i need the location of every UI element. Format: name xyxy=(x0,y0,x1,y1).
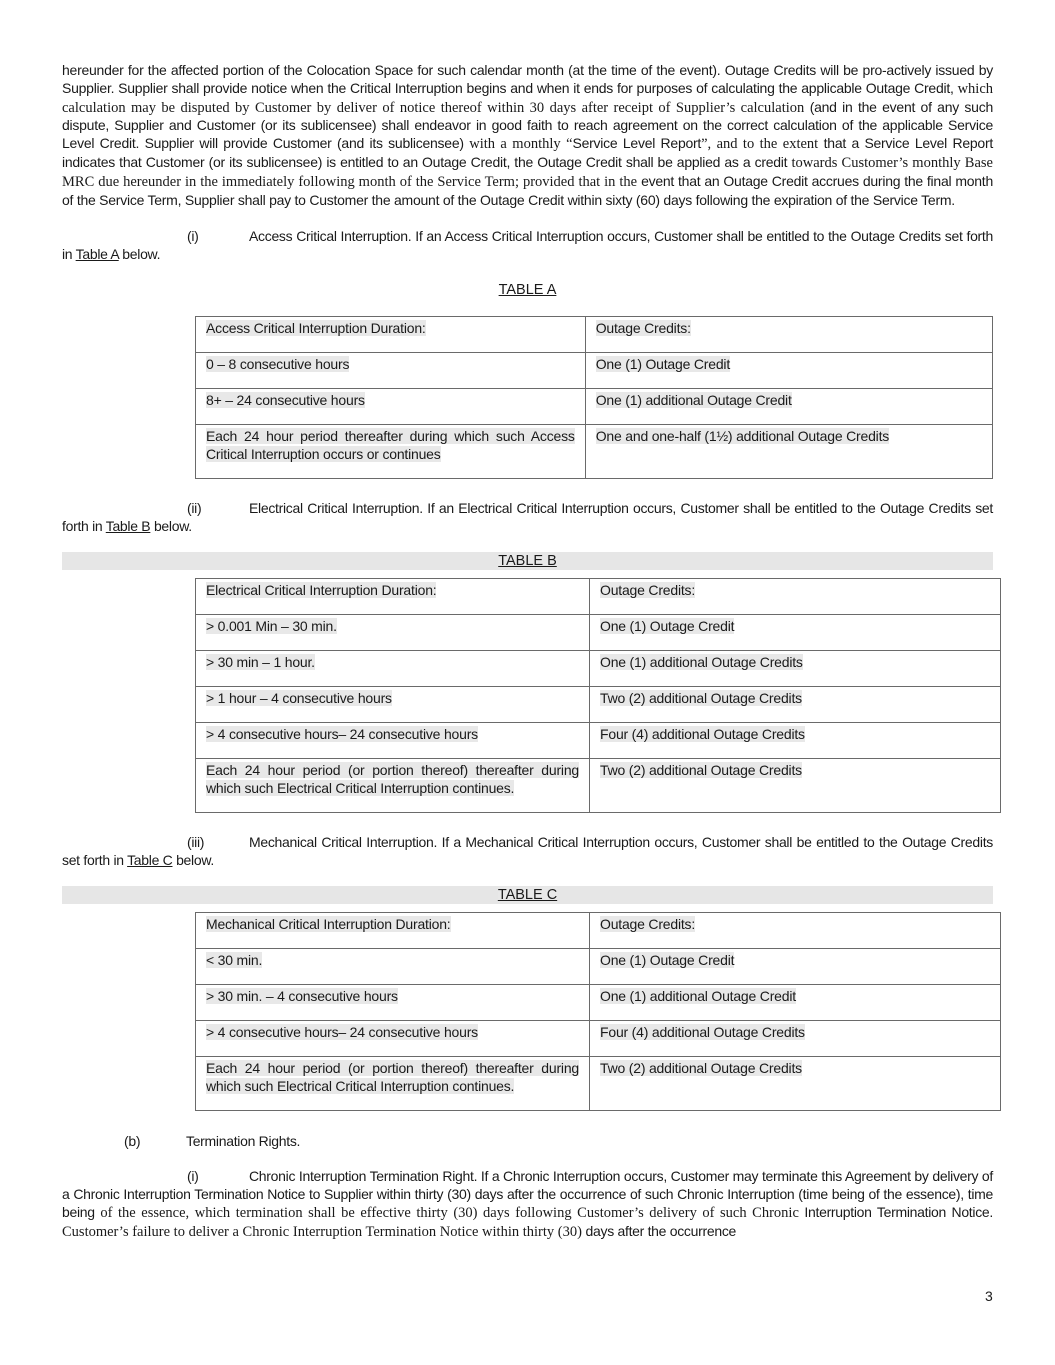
table-row: 8+ – 24 consecutive hours One (1) additi… xyxy=(196,389,993,425)
table-row: > 30 min – 1 hour. One (1) additional Ou… xyxy=(196,651,1001,687)
table-row: Each 24 hour period thereafter during wh… xyxy=(196,425,993,479)
duration-cell: Each 24 hour period (or portion thereof)… xyxy=(196,759,590,813)
chronic-text-2: of the essence, which termination shall … xyxy=(95,1205,799,1221)
section-number: (iii) xyxy=(62,833,249,851)
section-heading: Mechanical Critical Interruption. xyxy=(249,834,437,850)
table-header-cell: Access Critical Interruption Duration: xyxy=(196,317,586,353)
duration-cell: < 30 min. xyxy=(196,949,590,985)
duration-text: Each 24 hour period (or portion thereof)… xyxy=(206,1060,579,1094)
table-title-text: TABLE B xyxy=(498,553,557,569)
duration-cell: 0 – 8 consecutive hours xyxy=(196,353,586,389)
credit-text: One (1) Outage Credit xyxy=(600,952,734,968)
table-header-cell: Outage Credits: xyxy=(590,579,1001,615)
header-credits: Outage Credits: xyxy=(600,916,695,932)
intro-text-1: hereunder for the affected portion of th… xyxy=(62,62,993,96)
section-mechanical-paragraph: (iii)Mechanical Critical Interruption. I… xyxy=(62,833,993,869)
section-electrical-paragraph: (ii)Electrical Critical Interruption. If… xyxy=(62,499,993,535)
credit-cell: One (1) Outage Credit xyxy=(590,615,1001,651)
table-header-row: Access Critical Interruption Duration: O… xyxy=(196,317,993,353)
duration-cell: > 30 min – 1 hour. xyxy=(196,651,590,687)
section-number: (i) xyxy=(62,1167,249,1185)
termination-rights-heading: (b)Termination Rights. xyxy=(62,1132,993,1150)
section-heading: Termination Rights. xyxy=(186,1133,300,1149)
credit-cell: Four (4) additional Outage Credits xyxy=(590,1021,1001,1057)
table-row: Each 24 hour period (or portion thereof)… xyxy=(196,1057,1001,1111)
credit-text: One (1) additional Outage Credit xyxy=(596,392,792,408)
credit-cell: One (1) Outage Credit xyxy=(590,949,1001,985)
duration-cell: 8+ – 24 consecutive hours xyxy=(196,389,586,425)
table-row: > 1 hour – 4 consecutive hours Two (2) a… xyxy=(196,687,1001,723)
credit-cell: One (1) additional Outage Credit xyxy=(590,985,1001,1021)
duration-text: < 30 min. xyxy=(206,952,262,968)
credit-cell: Two (2) additional Outage Credits xyxy=(590,687,1001,723)
chronic-text-4: Customer’s failure to deliver a Chronic … xyxy=(62,1224,582,1240)
duration-text: > 4 consecutive hours– 24 consecutive ho… xyxy=(206,1024,478,1040)
table-header-row: Electrical Critical Interruption Duratio… xyxy=(196,579,1001,615)
table-b-reference: Table B xyxy=(106,518,151,534)
table-header-cell: Electrical Critical Interruption Duratio… xyxy=(196,579,590,615)
duration-cell: > 30 min. – 4 consecutive hours xyxy=(196,985,590,1021)
credit-text: One (1) Outage Credit xyxy=(600,618,734,634)
header-duration: Electrical Critical Interruption Duratio… xyxy=(206,582,436,598)
duration-cell: > 0.001 Min – 30 min. xyxy=(196,615,590,651)
intro-paragraph: hereunder for the affected portion of th… xyxy=(62,62,993,209)
credit-text: Two (2) additional Outage Credits xyxy=(600,762,802,778)
table-a-reference: Table A xyxy=(76,246,119,262)
duration-cell: > 4 consecutive hours– 24 consecutive ho… xyxy=(196,1021,590,1057)
header-credits: Outage Credits: xyxy=(596,320,691,336)
table-c: Mechanical Critical Interruption Duratio… xyxy=(195,912,1001,1111)
table-c-reference: Table C xyxy=(127,852,172,868)
credit-cell: One and one-half (1½) additional Outage … xyxy=(585,425,992,479)
duration-cell: Each 24 hour period thereafter during wh… xyxy=(196,425,586,479)
credit-cell: Four (4) additional Outage Credits xyxy=(590,723,1001,759)
intro-text-6: ”, and to the extent xyxy=(701,136,818,152)
table-a-title: TABLE A xyxy=(62,281,993,299)
header-duration: Mechanical Critical Interruption Duratio… xyxy=(206,916,451,932)
credit-text: One and one-half (1½) additional Outage … xyxy=(596,428,889,444)
section-heading: Chronic Interruption Termination Right. xyxy=(249,1168,477,1184)
table-row: > 30 min. – 4 consecutive hours One (1) … xyxy=(196,985,1001,1021)
credit-text: Four (4) additional Outage Credits xyxy=(600,1024,805,1040)
section-text-end: below. xyxy=(172,852,214,868)
section-number: (b) xyxy=(62,1132,186,1150)
duration-text: 0 – 8 consecutive hours xyxy=(206,356,349,372)
credit-cell: Two (2) additional Outage Credits xyxy=(590,759,1001,813)
table-row: > 4 consecutive hours– 24 consecutive ho… xyxy=(196,723,1001,759)
header-duration: Access Critical Interruption Duration: xyxy=(206,320,426,336)
duration-cell: > 1 hour – 4 consecutive hours xyxy=(196,687,590,723)
table-header-cell: Outage Credits: xyxy=(585,317,992,353)
credit-text: One (1) additional Outage Credits xyxy=(600,654,803,670)
table-title-text: TABLE A xyxy=(499,282,557,298)
duration-text: Each 24 hour period thereafter during wh… xyxy=(206,428,575,462)
duration-text: > 1 hour – 4 consecutive hours xyxy=(206,690,392,706)
intro-text-4: with a monthly “ xyxy=(464,136,573,152)
credit-cell: Two (2) additional Outage Credits xyxy=(590,1057,1001,1111)
credit-text: Two (2) additional Outage Credits xyxy=(600,1060,802,1076)
chronic-text-3: Interruption Termination Notice. xyxy=(799,1204,993,1220)
table-row: Each 24 hour period (or portion thereof)… xyxy=(196,759,1001,813)
credit-text: One (1) Outage Credit xyxy=(596,356,730,372)
credit-cell: One (1) additional Outage Credit xyxy=(585,389,992,425)
duration-text: Each 24 hour period (or portion thereof)… xyxy=(206,762,579,796)
table-b-title: TABLE B xyxy=(62,552,993,570)
table-header-row: Mechanical Critical Interruption Duratio… xyxy=(196,913,1001,949)
section-number: (ii) xyxy=(62,499,249,517)
credit-cell: One (1) additional Outage Credits xyxy=(590,651,1001,687)
duration-text: > 4 consecutive hours– 24 consecutive ho… xyxy=(206,726,478,742)
header-credits: Outage Credits: xyxy=(600,582,695,598)
duration-cell: > 4 consecutive hours– 24 consecutive ho… xyxy=(196,723,590,759)
credit-text: Two (2) additional Outage Credits xyxy=(600,690,802,706)
table-c-title: TABLE C xyxy=(62,886,993,904)
table-row: < 30 min. One (1) Outage Credit xyxy=(196,949,1001,985)
table-header-cell: Outage Credits: xyxy=(590,913,1001,949)
table-a: Access Critical Interruption Duration: O… xyxy=(195,316,993,479)
section-number: (i) xyxy=(62,227,249,245)
page-number: 3 xyxy=(985,1288,993,1304)
duration-cell: Each 24 hour period (or portion thereof)… xyxy=(196,1057,590,1111)
duration-text: 8+ – 24 consecutive hours xyxy=(206,392,365,408)
section-heading: Electrical Critical Interruption. xyxy=(249,500,423,516)
credit-text: One (1) additional Outage Credit xyxy=(600,988,796,1004)
document-page: hereunder for the affected portion of th… xyxy=(62,62,993,1241)
table-title-text: TABLE C xyxy=(498,887,557,903)
intro-text-5: Service Level Report xyxy=(573,135,702,151)
table-row: > 4 consecutive hours– 24 consecutive ho… xyxy=(196,1021,1001,1057)
table-row: 0 – 8 consecutive hours One (1) Outage C… xyxy=(196,353,993,389)
duration-text: > 30 min – 1 hour. xyxy=(206,654,315,670)
chronic-interruption-paragraph: (i)Chronic Interruption Termination Righ… xyxy=(62,1167,993,1241)
section-text-end: below. xyxy=(150,518,192,534)
table-header-cell: Mechanical Critical Interruption Duratio… xyxy=(196,913,590,949)
duration-text: > 0.001 Min – 30 min. xyxy=(206,618,337,634)
table-b: Electrical Critical Interruption Duratio… xyxy=(195,578,1001,813)
table-row: > 0.001 Min – 30 min. One (1) Outage Cre… xyxy=(196,615,1001,651)
section-access-paragraph: (i)Access Critical Interruption. If an A… xyxy=(62,227,993,263)
credit-cell: One (1) Outage Credit xyxy=(585,353,992,389)
section-text-end: below. xyxy=(119,246,161,262)
credit-text: Four (4) additional Outage Credits xyxy=(600,726,805,742)
section-heading: Access Critical Interruption. xyxy=(249,228,411,244)
duration-text: > 30 min. – 4 consecutive hours xyxy=(206,988,398,1004)
chronic-text-5: days after the occurrence xyxy=(582,1223,736,1239)
